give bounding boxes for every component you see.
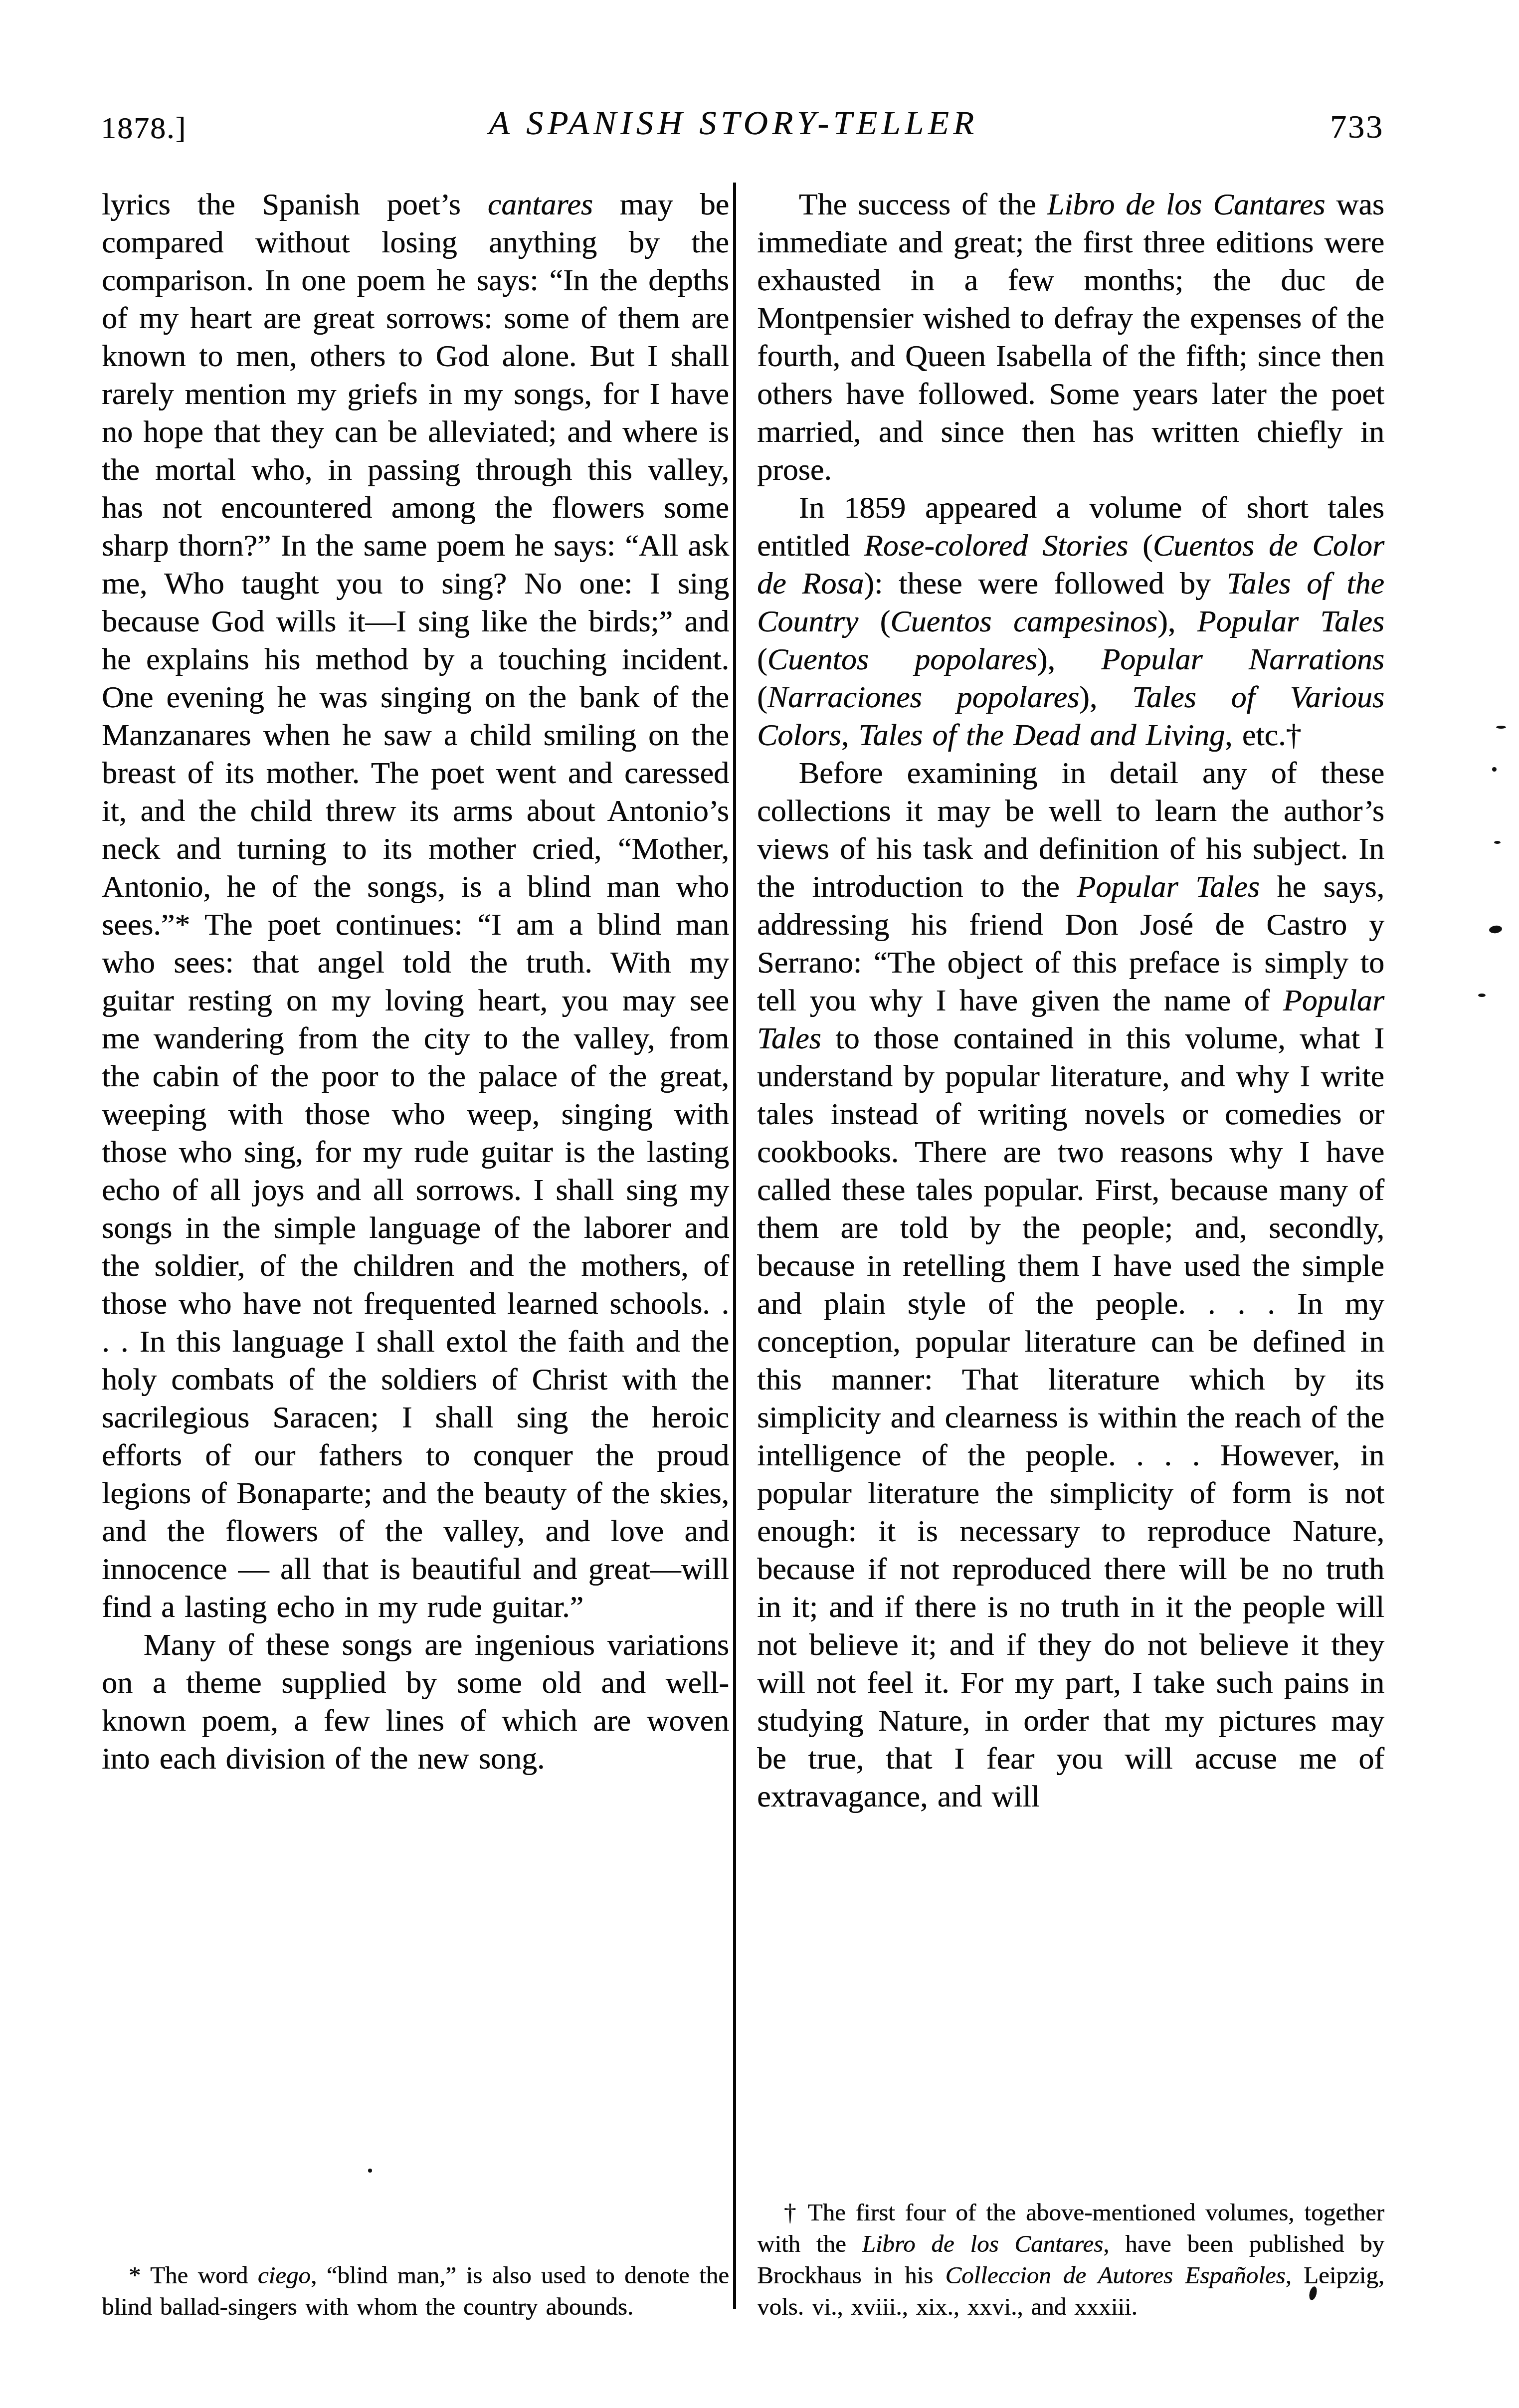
text-run: ( (858, 604, 890, 638)
text-run: Many of these songs are ingenious variat… (102, 1628, 729, 1776)
footnote: * The word ciego, “blind man,” is also u… (102, 2259, 729, 2322)
column-divider-rule (733, 183, 736, 2309)
italic-text-run: Popular Tales (1077, 870, 1260, 904)
italic-text-run: Popular Tales (1197, 604, 1384, 638)
footnote: † The first four of the above-mentioned … (757, 2197, 1384, 2322)
text-run: * The word (129, 2261, 258, 2289)
text-run: ), (1079, 680, 1132, 714)
text-run: ( (1128, 529, 1153, 563)
scan-speck (1489, 925, 1503, 934)
scan-speck (1496, 726, 1506, 729)
scan-speck (1492, 767, 1497, 772)
paragraph: Before examining in detail any of these … (757, 754, 1384, 1815)
paragraph: lyrics the Spanish poet’s cantares may b… (102, 186, 729, 1626)
text-run: to those contained in this volume, what … (757, 1021, 1384, 1813)
italic-text-run: Rose-colored Stories (864, 529, 1128, 563)
italic-text-run: Cuentos popolares (767, 642, 1037, 676)
paragraph: In 1859 appeared a volume of short tales… (757, 489, 1384, 754)
text-run: ), (1157, 604, 1197, 638)
text-run: The success of the (799, 188, 1047, 221)
italic-text-run: Libro de los Cantares (1047, 188, 1326, 221)
italic-text-run: Narraciones popolares (767, 680, 1079, 714)
scan-speck (1478, 994, 1486, 997)
page: 1878.] A SPANISH STORY-TELLER 733 lyrics… (0, 0, 1519, 2408)
text-run: ( (757, 642, 767, 676)
text-run: ( (757, 680, 767, 714)
italic-text-run: Cuentos campesinos (890, 604, 1157, 638)
text-run: ): these were followed by (864, 567, 1226, 601)
italic-text-run: Popular Narrations (1101, 642, 1384, 676)
text-run: ), (1037, 642, 1101, 676)
italic-text-run: cantares (488, 188, 593, 221)
italic-text-run: Libro de los Cantares (862, 2230, 1104, 2257)
italic-text-run: ciego (258, 2261, 311, 2289)
right-column: The success of the Libro de los Cantares… (757, 186, 1384, 2322)
page-title: A SPANISH STORY-TELLER (0, 106, 1467, 140)
scan-speck (1494, 841, 1501, 844)
text-run: , (841, 718, 859, 752)
italic-text-run: Colleccion de Autores Españoles (945, 2261, 1285, 2289)
italic-text-run: Tales of the Dead and Living (859, 718, 1225, 752)
left-column: lyrics the Spanish poet’s cantares may b… (102, 186, 729, 2322)
text-run: lyrics the Spanish poet’s (102, 188, 488, 221)
scan-speck (368, 2169, 372, 2173)
header-page-number: 733 (1330, 111, 1384, 144)
text-run: , etc.† (1225, 718, 1301, 752)
paragraph: The success of the Libro de los Cantares… (757, 186, 1384, 489)
paragraph: Many of these songs are ingenious variat… (102, 1626, 729, 1778)
text-run: was immediate and great; the first three… (757, 188, 1384, 487)
text-run: may be compared without losing anything … (102, 188, 729, 1624)
